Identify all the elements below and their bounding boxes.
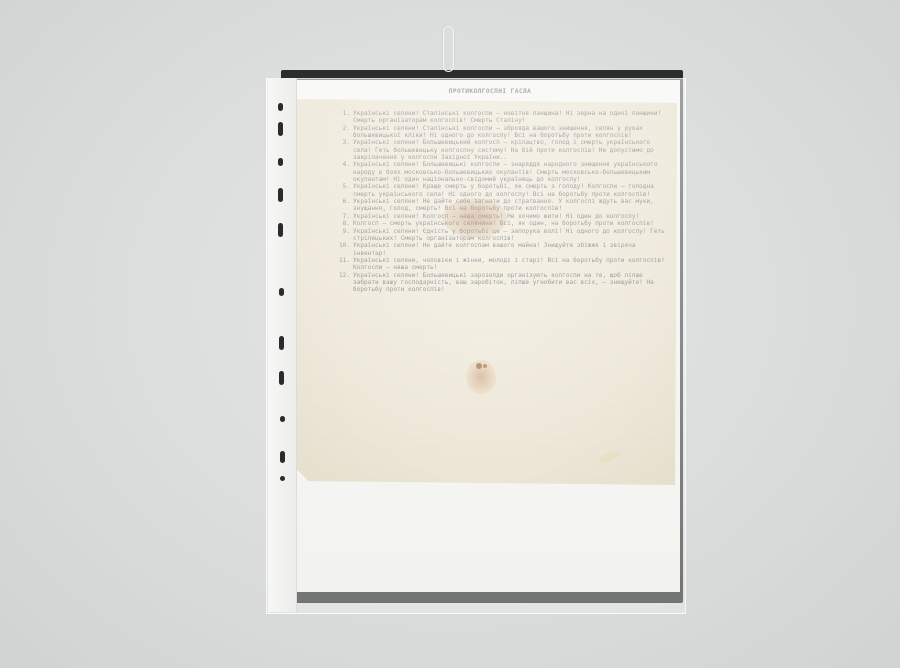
punch-hole — [278, 188, 283, 202]
punch-hole — [279, 336, 284, 350]
paper-clip-icon — [443, 26, 454, 72]
sleeve-punched-strip — [268, 78, 297, 612]
punch-hole — [280, 416, 285, 422]
punch-hole — [280, 451, 285, 463]
punch-hole — [278, 158, 283, 166]
plastic-sleeve — [266, 78, 686, 614]
punch-hole — [278, 103, 283, 111]
punch-hole — [278, 223, 283, 237]
punch-hole — [279, 288, 284, 296]
punch-hole — [280, 476, 285, 481]
punch-hole — [278, 122, 283, 136]
punch-hole — [279, 371, 284, 385]
